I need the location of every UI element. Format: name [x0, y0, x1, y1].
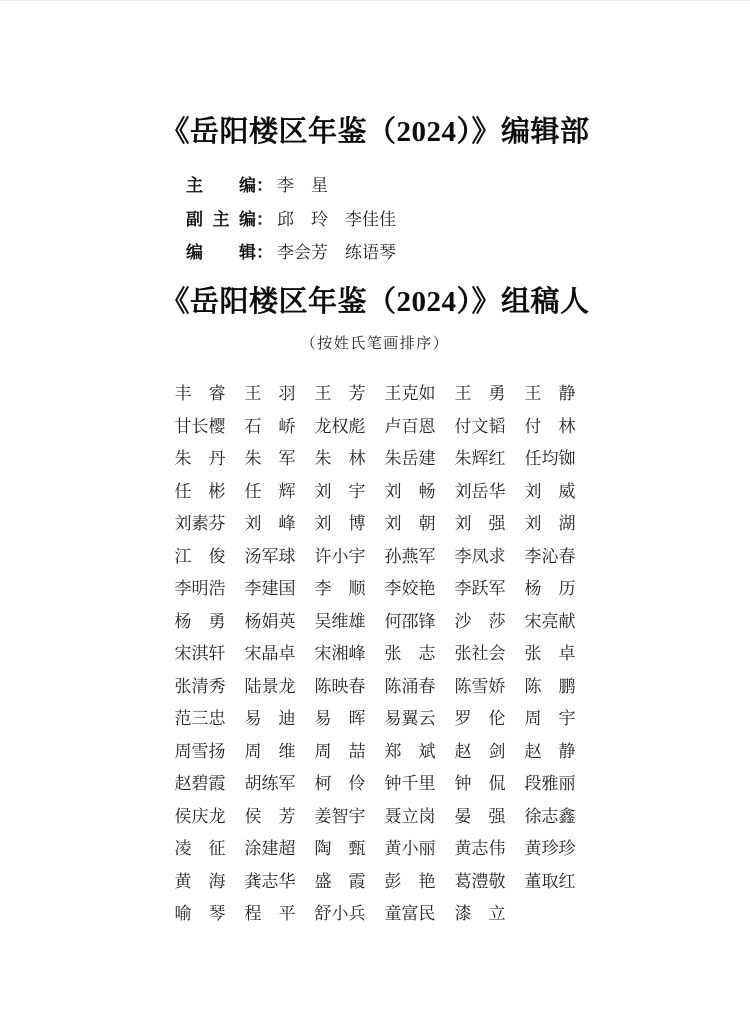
contributor-name: 王 勇	[445, 378, 515, 411]
contributor-name: 王克如	[375, 378, 445, 411]
contributor-name: 柯 伶	[305, 768, 375, 801]
contributor-name: 朱辉红	[445, 443, 515, 476]
contributor-name: 刘 畅	[375, 476, 445, 509]
contributor-name: 张清秀	[165, 671, 235, 704]
contributor-name: 李建国	[235, 573, 305, 606]
contributor-name: 刘 峰	[235, 508, 305, 541]
contributor-name: 涂建超	[235, 833, 305, 866]
contributor-name: 任均铷	[515, 443, 585, 476]
contributor-name: 朱岳建	[375, 443, 445, 476]
contributor-name: 李沁春	[515, 541, 585, 574]
contributor-name: 张 志	[375, 638, 445, 671]
contributor-name: 卢百恩	[375, 411, 445, 444]
contributor-name: 杨娟英	[235, 606, 305, 639]
contributor-name: 陈涌春	[375, 671, 445, 704]
contributor-name: 周 宇	[515, 703, 585, 736]
contributor-name: 朱 丹	[165, 443, 235, 476]
contributor-name: 任 彬	[165, 476, 235, 509]
contributor-name: 李凤求	[445, 541, 515, 574]
contributor-name: 盛 霞	[305, 866, 375, 899]
contributor-name: 孙燕军	[375, 541, 445, 574]
contributors-title: 《岳阳楼区年鉴（2024）》组稿人	[0, 285, 750, 319]
contributor-name: 赵 剑	[445, 736, 515, 769]
contributor-name: 彭 艳	[375, 866, 445, 899]
contributor-name: 周 喆	[305, 736, 375, 769]
contributor-name: 姜智宇	[305, 801, 375, 834]
contributor-name: 何邵锋	[375, 606, 445, 639]
contributor-name: 刘素芬	[165, 508, 235, 541]
contributor-name: 舒小兵	[305, 898, 375, 931]
contributor-name: 宋晶卓	[235, 638, 305, 671]
contributor-name: 钟 侃	[445, 768, 515, 801]
contributor-name: 聂立岗	[375, 801, 445, 834]
contributor-name: 徐志鑫	[515, 801, 585, 834]
contributor-name: 刘 朝	[375, 508, 445, 541]
contributor-name: 陈 鹏	[515, 671, 585, 704]
contributor-name: 童富民	[375, 898, 445, 931]
contributor-name: 黄 海	[165, 866, 235, 899]
contributor-name: 甘长樱	[165, 411, 235, 444]
contributor-name: 范三忠	[165, 703, 235, 736]
contributor-name: 杨 勇	[165, 606, 235, 639]
role-label: 编辑	[186, 236, 256, 270]
role-label: 副主编	[186, 203, 256, 237]
contributor-name: 王 羽	[235, 378, 305, 411]
contributor-name: 王 芳	[305, 378, 375, 411]
contributor-name: 沙 莎	[445, 606, 515, 639]
contributor-name: 许小宇	[305, 541, 375, 574]
contributor-name: 陈雪娇	[445, 671, 515, 704]
contributor-name: 杨 历	[515, 573, 585, 606]
contributor-name: 易 晖	[305, 703, 375, 736]
contributor-name: 董取红	[515, 866, 585, 899]
contributor-name: 喻 琴	[165, 898, 235, 931]
contributor-name: 汤军球	[235, 541, 305, 574]
contributor-name: 李跃军	[445, 573, 515, 606]
contributor-name: 刘 强	[445, 508, 515, 541]
contributor-name: 侯庆龙	[165, 801, 235, 834]
contributor-name: 胡练军	[235, 768, 305, 801]
contributor-name: 刘 威	[515, 476, 585, 509]
contributor-name: 赵 静	[515, 736, 585, 769]
contributor-name: 程 平	[235, 898, 305, 931]
yearbook-page: 《岳阳楼区年鉴（2024）》编辑部 主编：李 星副主编：邱 玲 李佳佳编辑：李会…	[0, 0, 750, 1025]
contributor-name: 段雅丽	[515, 768, 585, 801]
staff-names: 邱 玲 李佳佳	[277, 210, 396, 229]
contributor-name: 侯 芳	[235, 801, 305, 834]
contributor-name: 李 顺	[305, 573, 375, 606]
role-colon: ：	[256, 176, 273, 195]
contributor-name: 黄珍珍	[515, 833, 585, 866]
contributor-name: 葛澧敬	[445, 866, 515, 899]
editorial-staff-list: 主编：李 星副主编：邱 玲 李佳佳编辑：李会芳 练语琴	[186, 169, 396, 270]
contributor-name: 晏 强	[445, 801, 515, 834]
editorial-department-title: 《岳阳楼区年鉴（2024）》编辑部	[0, 115, 750, 149]
contributor-name: 赵碧霞	[165, 768, 235, 801]
contributor-name: 周雪扬	[165, 736, 235, 769]
contributor-name: 周 维	[235, 736, 305, 769]
contributor-name: 凌 征	[165, 833, 235, 866]
contributor-name: 钟千里	[375, 768, 445, 801]
contributor-name: 李明浩	[165, 573, 235, 606]
role-colon: ：	[256, 243, 273, 262]
contributor-name: 陶 甄	[305, 833, 375, 866]
contributor-name: 罗 伦	[445, 703, 515, 736]
staff-names: 李 星	[277, 176, 328, 195]
contributor-name: 石 峤	[235, 411, 305, 444]
contributor-names-grid: 丰 睿王 羽王 芳王克如王 勇王 静甘长樱石 峤龙权彪卢百恩付文韬付 林朱 丹朱…	[165, 378, 585, 931]
contributor-name: 龚志华	[235, 866, 305, 899]
contributor-name: 宋淇轩	[165, 638, 235, 671]
contributor-name: 张社会	[445, 638, 515, 671]
contributor-name: 宋湘峰	[305, 638, 375, 671]
contributor-name: 刘 宇	[305, 476, 375, 509]
contributor-name: 刘 湖	[515, 508, 585, 541]
contributor-name: 任 辉	[235, 476, 305, 509]
contributor-name: 刘 博	[305, 508, 375, 541]
role-label: 主编	[186, 169, 256, 203]
editorial-row: 副主编：邱 玲 李佳佳	[186, 203, 396, 237]
contributor-name: 刘岳华	[445, 476, 515, 509]
contributor-name: 宋亮献	[515, 606, 585, 639]
editorial-row: 主编：李 星	[186, 169, 396, 203]
editorial-row: 编辑：李会芳 练语琴	[186, 236, 396, 270]
contributor-name: 龙权彪	[305, 411, 375, 444]
contributor-name: 陆景龙	[235, 671, 305, 704]
contributor-name: 江 俊	[165, 541, 235, 574]
staff-names: 李会芳 练语琴	[277, 243, 396, 262]
contributor-name: 丰 睿	[165, 378, 235, 411]
contributor-name: 王 静	[515, 378, 585, 411]
role-colon: ：	[256, 210, 273, 229]
contributor-name: 朱 林	[305, 443, 375, 476]
contributor-name: 李姣艳	[375, 573, 445, 606]
sort-order-note: （按姓氏笔画排序）	[0, 332, 750, 353]
contributor-name: 朱 军	[235, 443, 305, 476]
contributor-name: 吴维雄	[305, 606, 375, 639]
contributor-name: 郑 斌	[375, 736, 445, 769]
contributor-name: 张 卓	[515, 638, 585, 671]
contributor-name: 付 林	[515, 411, 585, 444]
contributor-name: 付文韬	[445, 411, 515, 444]
contributor-name: 黄小丽	[375, 833, 445, 866]
contributor-name: 漆 立	[445, 898, 515, 931]
contributor-name: 黄志伟	[445, 833, 515, 866]
contributor-name: 易 迪	[235, 703, 305, 736]
contributor-name: 陈映春	[305, 671, 375, 704]
contributor-name: 易翼云	[375, 703, 445, 736]
